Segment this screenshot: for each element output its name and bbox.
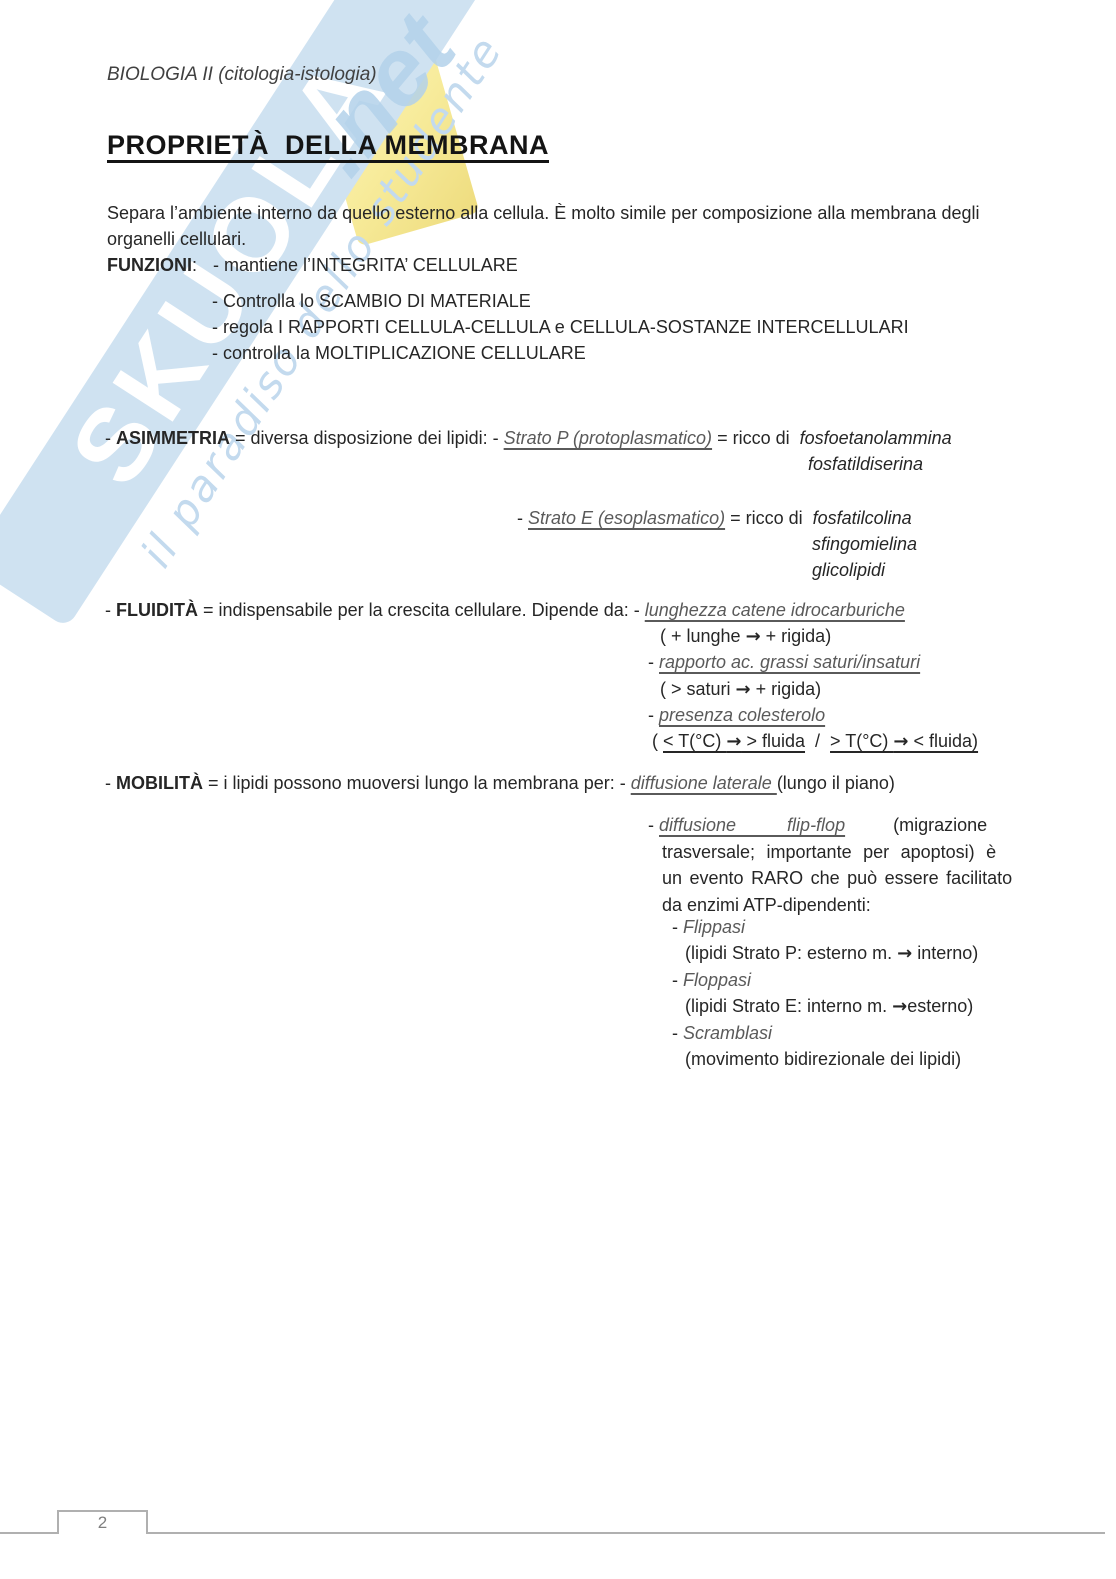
text-segment: = i lipidi possono muoversi lungo la mem…	[203, 773, 631, 793]
text-segment: - controlla la MOLTIPLICAZIONE CELLULARE	[212, 343, 586, 363]
text-segment: ( > saturi	[660, 679, 736, 699]
text-segment: →	[746, 626, 761, 647]
text-segment: diffusione flip-flop	[659, 815, 845, 835]
text-line: - Strato E (esoplasmatico) = ricco di fo…	[517, 506, 912, 531]
text-segment: - Controlla lo SCAMBIO DI MATERIALE	[212, 291, 531, 311]
text-segment: + rigida)	[761, 626, 832, 646]
text-line: - diffusione flip-flop(migrazione	[648, 813, 987, 838]
text-line: ( > saturi → + rigida)	[660, 677, 821, 702]
document-content: BIOLOGIA II (citologia-istologia) PROPRI…	[0, 0, 1116, 1579]
page-number-tab: 2	[57, 1510, 148, 1534]
text-line: (lipidi Strato P: esterno m. → interno)	[685, 941, 978, 966]
text-line: - regola I RAPPORTI CELLULA-CELLULA e CE…	[212, 315, 909, 340]
text-segment: →	[892, 996, 907, 1017]
text-segment: = ricco di	[725, 508, 808, 528]
text-segment: →	[736, 679, 751, 700]
text-segment: FUNZIONI	[107, 255, 192, 275]
text-segment: (lipidi Strato P: esterno m.	[685, 943, 897, 963]
text-segment: < T(°C)	[663, 731, 726, 751]
text-line: - rapporto ac. grassi saturi/insaturi	[648, 650, 920, 675]
text-segment: Separa l’ambiente interno da quello este…	[107, 203, 979, 223]
text-line: un evento RARO che può essere facilitato	[662, 866, 1012, 891]
text-segment: = diversa disposizione dei lipidi: -	[230, 428, 504, 448]
text-line: glicolipidi	[812, 558, 885, 583]
text-segment: trasversale; importante per apoptosi) è	[662, 842, 996, 862]
text-segment: > fluida	[741, 731, 805, 751]
text-line: fosfatildiserina	[808, 452, 923, 477]
page-number: 2	[98, 1513, 107, 1533]
text-segment: (lungo il piano)	[777, 773, 895, 793]
course-header: BIOLOGIA II (citologia-istologia)	[107, 64, 377, 86]
text-segment: (	[652, 731, 663, 751]
text-segment: Flippasi	[683, 917, 745, 937]
text-segment: fosfoetanolammina	[795, 428, 952, 448]
text-segment: Floppasi	[683, 970, 751, 990]
text-segment: - regola I RAPPORTI CELLULA-CELLULA e CE…	[212, 317, 909, 337]
text-segment: (migrazione	[893, 815, 987, 835]
text-segment: -	[105, 428, 116, 448]
text-segment: -	[648, 815, 659, 835]
text-segment: = indispensabile per la crescita cellula…	[198, 600, 645, 620]
text-segment: /	[805, 731, 830, 751]
text-segment: < fluida)	[909, 731, 979, 751]
text-segment: →	[893, 731, 908, 752]
text-line: - presenza colesterolo	[648, 703, 825, 728]
text-line: ( + lunghe → + rigida)	[660, 624, 831, 649]
text-segment: presenza colesterolo	[659, 705, 825, 725]
text-line: - Controlla lo SCAMBIO DI MATERIALE	[212, 289, 531, 314]
text-segment: organelli cellulari.	[107, 229, 246, 249]
text-segment: rapporto ac. grassi saturi/insaturi	[659, 652, 920, 672]
text-line: organelli cellulari.	[107, 227, 246, 252]
text-segment: -	[105, 773, 116, 793]
text-line: - controlla la MOLTIPLICAZIONE CELLULARE	[212, 341, 586, 366]
text-segment: da enzimi ATP-dipendenti:	[662, 895, 871, 915]
document-page: SKUOLA .net il paradiso dello studente B…	[0, 0, 1116, 1579]
footer-divider	[0, 1532, 1105, 1534]
text-segment: -	[517, 508, 528, 528]
text-line: - FLUIDITÀ = indispensabile per la cresc…	[105, 598, 905, 623]
text-segment: -	[648, 705, 659, 725]
text-segment: un evento RARO che può essere facilitato	[662, 868, 1012, 888]
text-segment: glicolipidi	[812, 560, 885, 580]
text-segment: ( + lunghe	[660, 626, 746, 646]
text-segment: = ricco di	[712, 428, 795, 448]
text-line: - Flippasi	[672, 915, 745, 940]
page-title: PROPRIETÀ DELLA MEMBRANA	[107, 130, 549, 161]
text-segment: Strato P (protoplasmatico)	[504, 428, 712, 448]
text-segment: - mantiene l’INTEGRITA’ CELLULARE	[213, 255, 518, 275]
text-segment: -	[672, 1023, 683, 1043]
text-segment: fosfatilcolina	[808, 508, 912, 528]
text-segment: Strato E (esoplasmatico)	[528, 508, 725, 528]
text-segment: diffusione laterale	[631, 773, 777, 793]
text-line: (lipidi Strato E: interno m. →esterno)	[685, 994, 973, 1019]
text-segment: MOBILITÀ	[116, 773, 203, 793]
text-line: - Floppasi	[672, 968, 751, 993]
text-line: - Scramblasi	[672, 1021, 772, 1046]
text-segment: (movimento bidirezionale dei lipidi)	[685, 1049, 961, 1069]
text-segment: sfingomielina	[812, 534, 917, 554]
text-line: trasversale; importante per apoptosi) è	[662, 840, 996, 865]
text-line: - MOBILITÀ = i lipidi possono muoversi l…	[105, 771, 895, 796]
text-segment: -	[648, 652, 659, 672]
text-line: Separa l’ambiente interno da quello este…	[107, 201, 979, 226]
text-segment: fosfatildiserina	[808, 454, 923, 474]
text-segment: →	[897, 943, 912, 964]
text-segment: FLUIDITÀ	[116, 600, 198, 620]
text-segment: -	[105, 600, 116, 620]
text-segment: > T(°C)	[830, 731, 893, 751]
text-line: FUNZIONI:- mantiene l’INTEGRITA’ CELLULA…	[107, 253, 518, 278]
text-line: - ASIMMETRIA = diversa disposizione dei …	[105, 426, 952, 451]
text-segment: ASIMMETRIA	[116, 428, 230, 448]
text-segment: Scramblasi	[683, 1023, 772, 1043]
text-segment: (lipidi Strato E: interno m.	[685, 996, 892, 1016]
text-segment: lunghezza catene idrocarburiche	[645, 600, 905, 620]
text-segment: + rigida)	[751, 679, 822, 699]
text-segment: -	[672, 917, 683, 937]
text-segment: esterno)	[907, 996, 973, 1016]
text-segment: →	[726, 731, 741, 752]
text-segment: -	[672, 970, 683, 990]
text-segment: :	[192, 255, 197, 275]
text-line: ( < T(°C) → > fluida / > T(°C) → < fluid…	[652, 729, 978, 754]
text-segment: interno)	[912, 943, 978, 963]
text-line: sfingomielina	[812, 532, 917, 557]
text-line: (movimento bidirezionale dei lipidi)	[685, 1047, 961, 1072]
